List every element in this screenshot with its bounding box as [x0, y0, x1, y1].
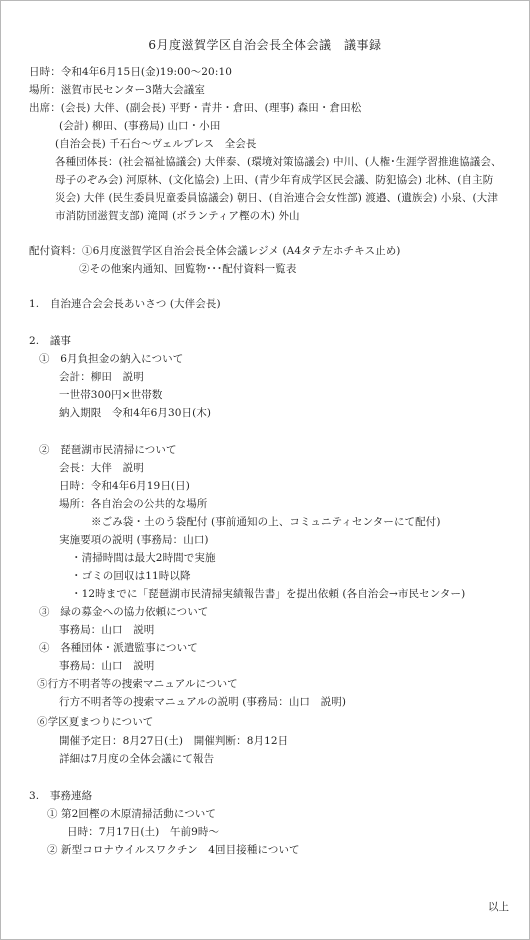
- agenda-item: ⑥学区夏まつりについて: [37, 715, 153, 729]
- meeting-place: 場所：滋賀市民センター3階大会議室: [29, 83, 205, 97]
- agenda-detail: 納入期限 令和4年6月30日(木): [59, 406, 211, 420]
- handout-item: ②その他案内通知、回覧物･･･配付資料一覧表: [79, 262, 296, 276]
- agenda-detail: 場所：各自治会の公共的な場所: [59, 497, 207, 511]
- notice-detail: 日時：7月17日(土) 午前9時～: [67, 825, 219, 839]
- attendees-line: (自治会長) 千石台～ヴェルブレス 全会長: [55, 137, 256, 151]
- agenda-bullet: ・12時までに「琵琶湖市民清掃実績報告書」を提出依頼 (各自治会→市民センター): [71, 587, 465, 601]
- agenda-detail: 開催予定日：8月27日(土) 開催判断：8月12日: [59, 734, 288, 748]
- agenda-detail: 会長：大伴 説明: [59, 461, 144, 475]
- agenda-bullet: ・清掃時間は最大2時間で実施: [71, 551, 216, 565]
- agenda-item: ③ 緑の募金への協力依頼について: [39, 605, 208, 619]
- section-2-heading: 2. 議事: [29, 334, 71, 348]
- agenda-detail: 行方不明者等の捜索マニュアルの説明 (事務局：山口 説明): [59, 695, 346, 709]
- attendees-line: 各種団体長：(社会福祉協議会) 大伴泰、(環境対策協議会) 中川、(人権･生涯学…: [55, 155, 502, 169]
- attendees-line: 災会) 大伴 (民生委員児童委員協議会) 朝日、(自治連合会女性部) 渡邉、(遺…: [55, 191, 498, 205]
- attendees-line: (会計) 柳田、(事務局) 山口・小田: [59, 119, 220, 133]
- closing-mark: 以上: [488, 899, 509, 914]
- agenda-item: ⑤行方不明者等の捜索マニュアルについて: [37, 677, 238, 691]
- attendees-line: 母子のぞみ会) 河原林、(文化協会) 上田、(青少年育成学区民会議、防犯協会) …: [55, 173, 493, 187]
- attendees-line: 市消防団滋賀支部) 滝岡 (ボランティア樫の木) 外山: [55, 209, 300, 223]
- agenda-detail: 事務局：山口 説明: [59, 623, 154, 637]
- agenda-note: ※ごみ袋・土のう袋配付 (事前通知の上、コミュニティセンターにて配付): [91, 515, 441, 529]
- section-3-heading: 3. 事務連絡: [29, 789, 92, 803]
- agenda-bullet: ・ゴミの回収は11時以降: [71, 569, 191, 583]
- agenda-detail: 事務局：山口 説明: [59, 659, 154, 673]
- agenda-detail: 一世帯300円×世帯数: [59, 388, 162, 402]
- agenda-detail: 詳細は7月度の全体会議にて報告: [59, 752, 214, 766]
- agenda-item: ④ 各種団体・派遣監事について: [39, 641, 198, 655]
- attendees-line: 出席：(会長) 大伴、(副会長) 平野・青井・倉田、(理事) 森田・倉田松: [29, 101, 361, 115]
- agenda-detail: 会計：柳田 説明: [59, 370, 144, 384]
- notice-item: ① 第2回樫の木原清掃活動について: [47, 807, 216, 821]
- notice-item: ② 新型コロナウイルスワクチン 4回目接種について: [47, 843, 300, 857]
- document-page: 6月度滋賀学区自治会長全体会議 議事録 日時：令和4年6月15日(金)19:00…: [0, 0, 530, 940]
- handout-item: 配付資料：①6月度滋賀学区自治会長全体会議レジメ (A4タテ左ホチキス止め): [29, 244, 401, 258]
- agenda-item: ② 琵琶湖市民清掃について: [39, 443, 177, 457]
- agenda-item: ① 6月負担金の納入について: [39, 352, 183, 366]
- agenda-detail: 日時：令和4年6月19日(日): [59, 479, 190, 493]
- document-title: 6月度滋賀学区自治会長全体会議 議事録: [1, 37, 529, 53]
- agenda-detail: 実施要項の説明 (事務局：山口): [59, 533, 209, 547]
- meeting-datetime: 日時：令和4年6月15日(金)19:00～20:10: [29, 65, 232, 79]
- section-1-heading: 1. 自治連合会会長あいさつ (大伴会長): [29, 297, 221, 311]
